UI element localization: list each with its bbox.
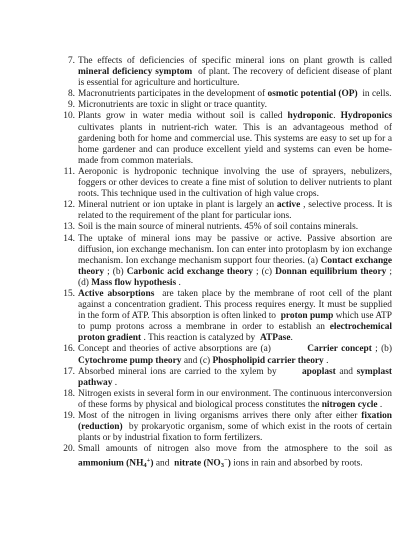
list-item-text: Macronutrients participates in the devel… [78, 89, 392, 100]
list-item: 7.The effects of deficiencies of specifi… [59, 56, 392, 89]
text-segment: . [333, 111, 340, 121]
text-segment: ; (b) [104, 267, 127, 277]
list-item: 13.Soil is the main source of mineral nu… [59, 222, 392, 233]
list-item: 19.Most of the nitrogen in living organi… [59, 411, 392, 444]
list-item: 10.Plants grow in water media without so… [59, 111, 392, 166]
bold-term: osmotic potential (OP) [268, 89, 358, 99]
list-item: 17.Absorbed mineral ions are carried to … [59, 367, 392, 389]
bold-term: mineral deficiency symptom [78, 67, 192, 77]
list-item-number: 7. [59, 56, 75, 89]
list-item-number: 13. [59, 222, 75, 233]
text-segment: Absorbed mineral ions are carried to the… [78, 367, 302, 377]
list-item-text: Active absorptions are taken place by th… [78, 289, 392, 344]
list-item-number: 8. [59, 89, 75, 100]
text-segment: . [291, 333, 293, 343]
list-item-text: The effects of deficiencies of specific … [78, 56, 392, 89]
text-segment: . [176, 278, 181, 288]
text-segment: Concept and theories of active absorptio… [78, 344, 307, 354]
bold-term: Cytochrome pump theory [78, 356, 181, 366]
list-item-number: 14. [59, 234, 75, 289]
bold-term: Carbonic acid exchange theory [127, 267, 253, 277]
text-segment: ions in rain and absorbed by roots. [231, 459, 363, 469]
list-item: 20.Small amounts of nitrogen also move f… [59, 444, 392, 471]
list-item: 11.Aeroponic is hydroponic technique inv… [59, 167, 392, 200]
text-segment: . This reaction is catalyzed by [141, 333, 260, 343]
bold-term: nitrogen cycle [322, 400, 378, 410]
list-item-number: 20. [59, 444, 75, 471]
text-segment: Macronutrients participates in the devel… [78, 89, 268, 99]
bold-term: ATPase [260, 333, 291, 343]
text-segment: Micronutrients are toxic in slight or tr… [78, 100, 267, 110]
text-segment: and [336, 367, 357, 377]
list-item-text: Aeroponic is hydroponic technique involv… [78, 167, 392, 200]
list-item-text: Micronutrients are toxic in slight or tr… [78, 100, 392, 111]
list-item-text: The uptake of mineral ions may be passiv… [78, 234, 392, 289]
list-item-text: Nitrogen exists in several form in our e… [78, 389, 392, 411]
text-segment: Mineral nutrient or ion uptake in plant … [78, 200, 277, 210]
bold-term: Mass flow hypothesis [91, 278, 176, 288]
list-item-text: Concept and theories of active absorptio… [78, 344, 392, 366]
list-item-number: 18. [59, 389, 75, 411]
bold-term: proton pump [281, 311, 334, 321]
text-segment: cultivates plants in nutrient-rich water… [78, 123, 392, 166]
document-page: 7.The effects of deficiencies of specifi… [0, 0, 420, 544]
text-segment: ; (c) [253, 267, 275, 277]
text-segment: by prokaryotic organism, some of which e… [78, 422, 392, 443]
text-segment: The effects of deficiencies of specific … [78, 56, 392, 66]
text-segment: in cells. [358, 89, 392, 99]
text-segment: Small amounts of nitrogen also move from… [78, 444, 392, 454]
text-segment: Soil is the main source of mineral nutri… [78, 222, 358, 232]
list-item-number: 16. [59, 344, 75, 366]
text-segment: . [324, 356, 329, 366]
list-item-number: 17. [59, 367, 75, 389]
list-item-text: Plants grow in water media without soil … [78, 111, 392, 166]
list-item-number: 9. [59, 100, 75, 111]
text-segment: Most of the nitrogen in living organisms… [78, 411, 361, 421]
list-item: 15.Active absorptions are taken place by… [59, 289, 392, 344]
list-item-number: 15. [59, 289, 75, 344]
list-item: 16.Concept and theories of active absorp… [59, 344, 392, 366]
list-item-text: Small amounts of nitrogen also move from… [78, 444, 392, 471]
bold-term: Active absorptions [78, 289, 154, 299]
bold-term: hydroponic [288, 111, 334, 121]
list-item: 14.The uptake of mineral ions may be pas… [59, 234, 392, 289]
text-segment: ; (b) [372, 344, 392, 354]
text-segment: . [378, 400, 383, 410]
text-segment: . [112, 378, 117, 388]
list-item: 8.Macronutrients participates in the dev… [59, 89, 392, 100]
bold-term: active [277, 200, 300, 210]
bold-term: apoplast [302, 367, 336, 377]
list-item-number: 11. [59, 167, 75, 200]
bold-term: Hydroponics [341, 111, 392, 121]
bold-term: nitrate (NO [174, 459, 221, 469]
list-item: 9.Micronutrients are toxic in slight or … [59, 100, 392, 111]
list-item-number: 10. [59, 111, 75, 166]
list-item: 18.Nitrogen exists in several form in ou… [59, 389, 392, 411]
list-item-number: 19. [59, 411, 75, 444]
list-item-text: Soil is the main source of mineral nutri… [78, 222, 392, 233]
list-item-number: 12. [59, 200, 75, 222]
list-item-text: Mineral nutrient or ion uptake in plant … [78, 200, 392, 222]
text-segment: Aeroponic is hydroponic technique involv… [78, 167, 392, 199]
list-item-text: Absorbed mineral ions are carried to the… [78, 367, 392, 389]
text-segment: and [154, 459, 175, 469]
text-segment: and (c) [181, 356, 212, 366]
bold-term: Donnan equilibrium theory [275, 267, 386, 277]
list-item: 12.Mineral nutrient or ion uptake in pla… [59, 200, 392, 222]
text-segment: Plants grow in water media without soil … [78, 111, 288, 121]
bold-term: Phospholipid carrier theory [212, 356, 323, 366]
bold-term: Carrier concept [307, 344, 372, 354]
list-item-text: Most of the nitrogen in living organisms… [78, 411, 392, 444]
numbered-list: 7.The effects of deficiencies of specifi… [59, 56, 392, 472]
bold-term: ammonium (NH [78, 459, 143, 469]
